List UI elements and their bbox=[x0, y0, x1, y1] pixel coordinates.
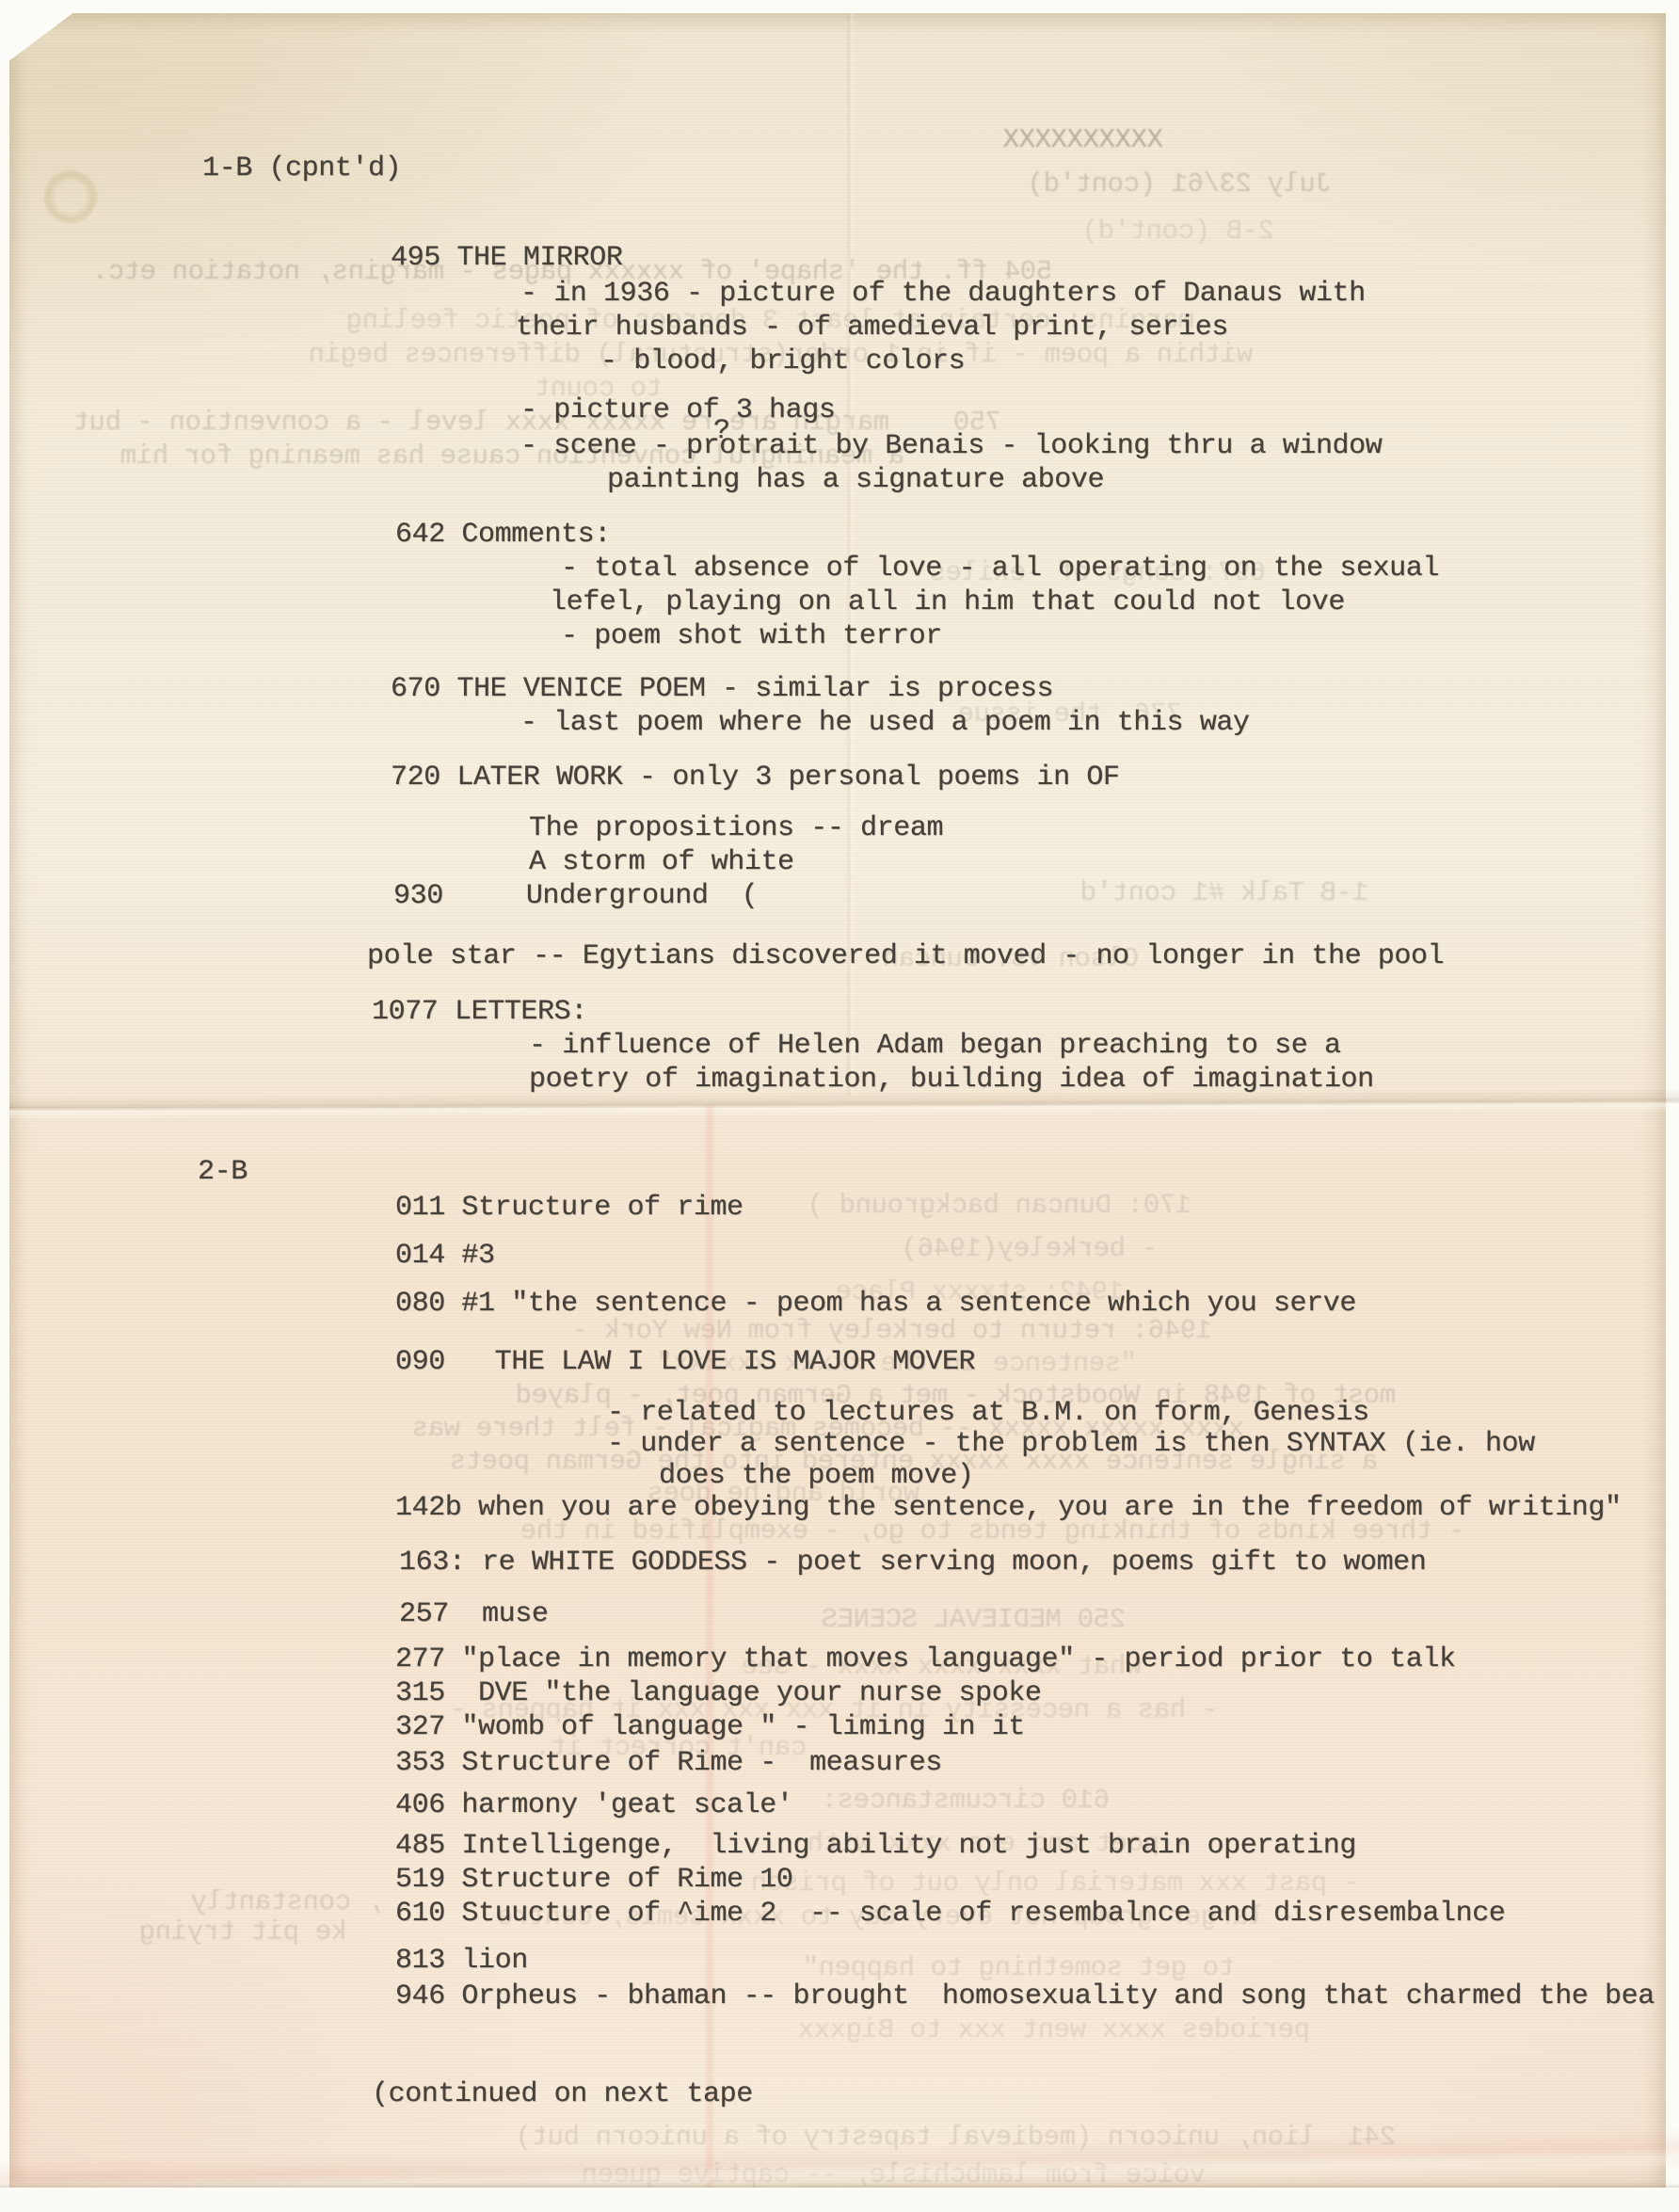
bleedthrough-line: periodes xxxx went xxx to Bigxxx bbox=[798, 2014, 1310, 2045]
typed-line: - in 1936 - picture of the daughters of … bbox=[520, 278, 1366, 310]
typed-line: 610 Stuucture of ^ime 2 -- scale of rese… bbox=[395, 1898, 1505, 1930]
typed-line: - last poem where he used a poem in this… bbox=[520, 707, 1250, 739]
typed-line: 670 THE VENICE POEM - similar is process bbox=[391, 673, 1053, 705]
typed-line: 080 #1 "the sentence - peom has a senten… bbox=[395, 1288, 1356, 1320]
typed-line: painting has a signature above bbox=[607, 464, 1104, 496]
bleedthrough-line: 170: Duncan background ) bbox=[808, 1190, 1191, 1221]
typed-line: - related to lectures at B.M. on form, G… bbox=[607, 1397, 1369, 1429]
typed-line: poetry of imagination, building idea of … bbox=[529, 1064, 1374, 1096]
typed-line: - influence of Helen Adam began preachin… bbox=[529, 1030, 1341, 1062]
typed-line: 930 Underground ( bbox=[393, 880, 758, 912]
paper-stain bbox=[43, 169, 98, 224]
typed-line: A storm of white bbox=[529, 846, 794, 878]
bleedthrough-line: ke pit trying bbox=[139, 1916, 347, 1948]
typed-line: their husbands - of amedieval print, ser… bbox=[516, 312, 1228, 344]
typed-line: 090 THE LAW I LOVE IS MAJOR MOVER bbox=[395, 1346, 975, 1378]
typed-line: - blood, bright colors bbox=[600, 345, 965, 377]
scan-corner-wedge bbox=[0, 0, 90, 68]
typed-line: 495 THE MIRROR bbox=[391, 242, 622, 274]
typed-line: 353 Structure of Rime - measures bbox=[395, 1747, 942, 1779]
bleedthrough-line: - berkeley(1946) bbox=[902, 1233, 1158, 1264]
typed-line: The propositions -- dream bbox=[529, 812, 943, 844]
typed-line: 642 Comments: bbox=[395, 519, 611, 551]
typed-line: 485 Intelligenge, living ability not jus… bbox=[395, 1830, 1356, 1862]
bleedthrough-line: - past xxx material only out of prison bbox=[751, 1867, 1359, 1899]
bleedthrough-line: July 23/61 (cont'd) bbox=[1028, 168, 1332, 200]
bleedthrough-line: , constantly bbox=[191, 1886, 383, 1917]
bleedthrough-line: to get something to happen" bbox=[803, 1952, 1235, 1983]
typed-line: 1077 LETTERS: bbox=[372, 996, 587, 1028]
typed-line: 315 DVE "the language your nurse spoke bbox=[395, 1677, 1042, 1709]
typed-line: - poem shot with terror bbox=[561, 620, 942, 652]
typed-line: 406 harmony 'geat scale' bbox=[395, 1789, 792, 1821]
typed-line: 813 lion bbox=[395, 1945, 528, 1977]
typed-line: 946 Orpheus - bhaman -- brought homosexu… bbox=[395, 1980, 1655, 2012]
typed-line: (continued on next tape bbox=[372, 2078, 753, 2110]
section-heading: 1-B (cpnt'd) bbox=[202, 152, 401, 184]
typed-line: - picture of 3 hags bbox=[520, 394, 835, 426]
section-heading: 2-B bbox=[198, 1156, 248, 1188]
bleedthrough-line: 250 MEDIEVAL SCENES bbox=[822, 1604, 1126, 1635]
typed-line: 327 "womb of language " - liming in it bbox=[395, 1711, 1025, 1743]
typed-line: 163: re WHITE GODDESS - poet serving moo… bbox=[399, 1547, 1426, 1579]
typed-line: 014 #3 bbox=[395, 1240, 495, 1272]
typed-line: does the poem move) bbox=[659, 1460, 973, 1492]
typed-line: 519 Structure of Rime 10 bbox=[395, 1864, 792, 1896]
typed-line: - scene - protrait by Benais - looking t… bbox=[520, 430, 1382, 462]
typed-line: - total absence of love - all operating … bbox=[561, 553, 1439, 585]
paper-sheet: XXXXXXXXXX July 23/61 (cont'd) 2-B (cont… bbox=[9, 13, 1666, 2189]
typed-line: - under a sentence - the problem is then… bbox=[607, 1428, 1535, 1460]
typed-line: lefel, playing on all in him that could … bbox=[550, 586, 1345, 618]
bleedthrough-line: 610 circumstances: bbox=[822, 1785, 1110, 1816]
typed-line: 011 Structure of rime bbox=[395, 1192, 744, 1224]
typed-line: 142b when you are obeying the sentence, … bbox=[395, 1492, 1622, 1524]
scanned-page: XXXXXXXXXX July 23/61 (cont'd) 2-B (cont… bbox=[0, 0, 1679, 2212]
bleedthrough-line: XXXXXXXXXX bbox=[1003, 124, 1163, 155]
typed-line: 257 muse bbox=[399, 1598, 548, 1630]
bleedthrough-line: 2-B (cont'd) bbox=[1082, 216, 1274, 247]
bleedthrough-line: 1-B Talk #1 cont'd bbox=[1080, 877, 1368, 908]
scan-bottom-edge bbox=[0, 2188, 1679, 2212]
typed-line: 277 "place in memory that moves language… bbox=[395, 1643, 1456, 1675]
typed-line: 720 LATER WORK - only 3 personal poems i… bbox=[391, 761, 1120, 793]
typed-line: pole star -- Egytians discovered it move… bbox=[367, 940, 1444, 972]
